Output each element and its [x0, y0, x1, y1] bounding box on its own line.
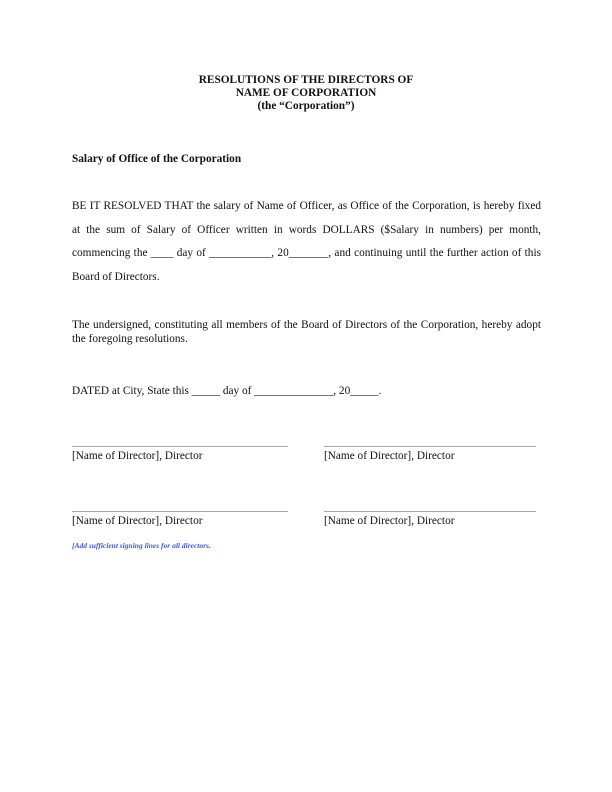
signature-label-2: [Name of Director], Director: [324, 450, 454, 462]
signature-line-3: [72, 511, 288, 512]
signature-line-4: [324, 511, 536, 512]
signature-line-1: [72, 446, 288, 447]
adoption-paragraph: The undersigned, constituting all member…: [72, 318, 541, 346]
signature-label-3: [Name of Director], Director: [72, 515, 202, 527]
document-title-line-2: NAME OF CORPORATION: [0, 87, 612, 100]
document-title-line-3: (the “Corporation”): [0, 100, 612, 113]
signature-line-2: [324, 446, 536, 447]
document-title-line-1: RESOLUTIONS OF THE DIRECTORS OF: [0, 74, 612, 87]
dated-line: DATED at City, State this _____ day of _…: [72, 385, 381, 397]
signature-label-1: [Name of Director], Director: [72, 450, 202, 462]
section-heading: Salary of Office of the Corporation: [72, 153, 241, 165]
signing-lines-note: [Add sufficient signing lines for all di…: [72, 541, 211, 550]
resolution-paragraph: BE IT RESOLVED THAT the salary of Name o…: [72, 195, 541, 289]
signature-label-4: [Name of Director], Director: [324, 515, 454, 527]
